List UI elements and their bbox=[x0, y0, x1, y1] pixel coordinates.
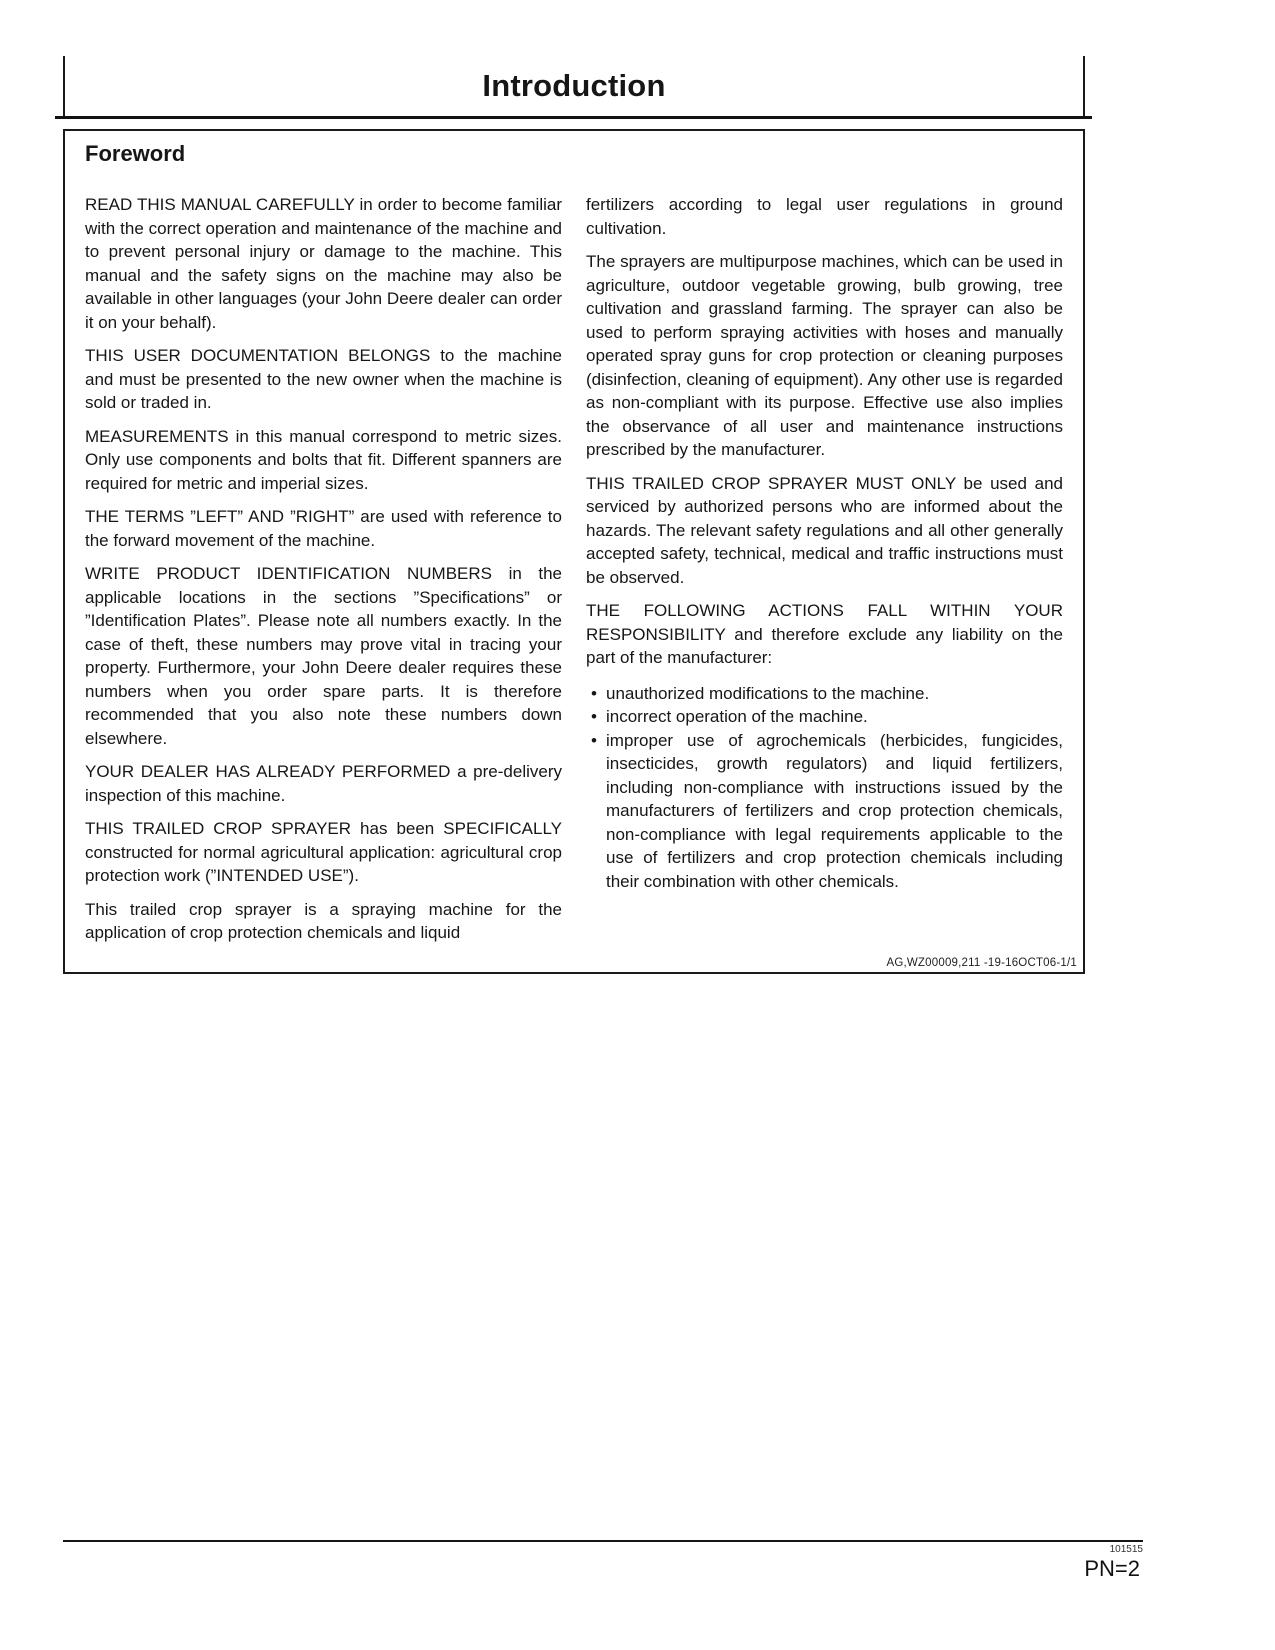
paragraph: The sprayers are multipurpose machines, … bbox=[586, 250, 1063, 462]
bullet-item: improper use of agrochemicals (herbicide… bbox=[588, 729, 1063, 894]
print-code: 101515 bbox=[63, 1544, 1143, 1555]
page-header: Introduction bbox=[63, 56, 1085, 116]
paragraph: MEASUREMENTS in this manual correspond t… bbox=[85, 425, 562, 496]
page-number: PN=2 bbox=[63, 1556, 1140, 1582]
paragraph: fertilizers according to legal user regu… bbox=[586, 193, 1063, 240]
bullet-list: unauthorized modifications to the machin… bbox=[588, 682, 1063, 894]
paragraph: THIS USER DOCUMENTATION BELONGS to the m… bbox=[85, 344, 562, 415]
foreword-section: Foreword READ THIS MANUAL CAREFULLY in o… bbox=[63, 129, 1085, 974]
paragraph: THIS TRAILED CROP SPRAYER MUST ONLY be u… bbox=[586, 472, 1063, 590]
paragraph: THIS TRAILED CROP SPRAYER has been SPECI… bbox=[85, 817, 562, 888]
page-title: Introduction bbox=[482, 68, 665, 104]
revision-code: AG,WZ00009,211 -19-16OCT06-1/1 bbox=[886, 957, 1077, 969]
paragraph: THE TERMS ”LEFT” AND ”RIGHT” are used wi… bbox=[85, 505, 562, 552]
bullet-item: unauthorized modifications to the machin… bbox=[588, 682, 1063, 706]
paragraph: WRITE PRODUCT IDENTIFICATION NUMBERS in … bbox=[85, 562, 562, 750]
two-column-text: READ THIS MANUAL CAREFULLY in order to b… bbox=[85, 193, 1063, 955]
paragraph: THE FOLLOWING ACTIONS FALL WITHIN YOUR R… bbox=[586, 599, 1063, 670]
right-column: fertilizers according to legal user regu… bbox=[586, 193, 1063, 955]
manual-page: Introduction Foreword READ THIS MANUAL C… bbox=[0, 0, 1275, 1650]
right-column-paragraphs: fertilizers according to legal user regu… bbox=[586, 193, 1063, 670]
header-rule bbox=[55, 116, 1092, 119]
left-column: READ THIS MANUAL CAREFULLY in order to b… bbox=[85, 193, 562, 955]
bullet-item: incorrect operation of the machine. bbox=[588, 705, 1063, 729]
paragraph: READ THIS MANUAL CAREFULLY in order to b… bbox=[85, 193, 562, 334]
paragraph: YOUR DEALER HAS ALREADY PERFORMED a pre-… bbox=[85, 760, 562, 807]
section-heading: Foreword bbox=[85, 141, 1063, 167]
footer-rule bbox=[63, 1540, 1143, 1542]
paragraph: This trailed crop sprayer is a spraying … bbox=[85, 898, 562, 945]
